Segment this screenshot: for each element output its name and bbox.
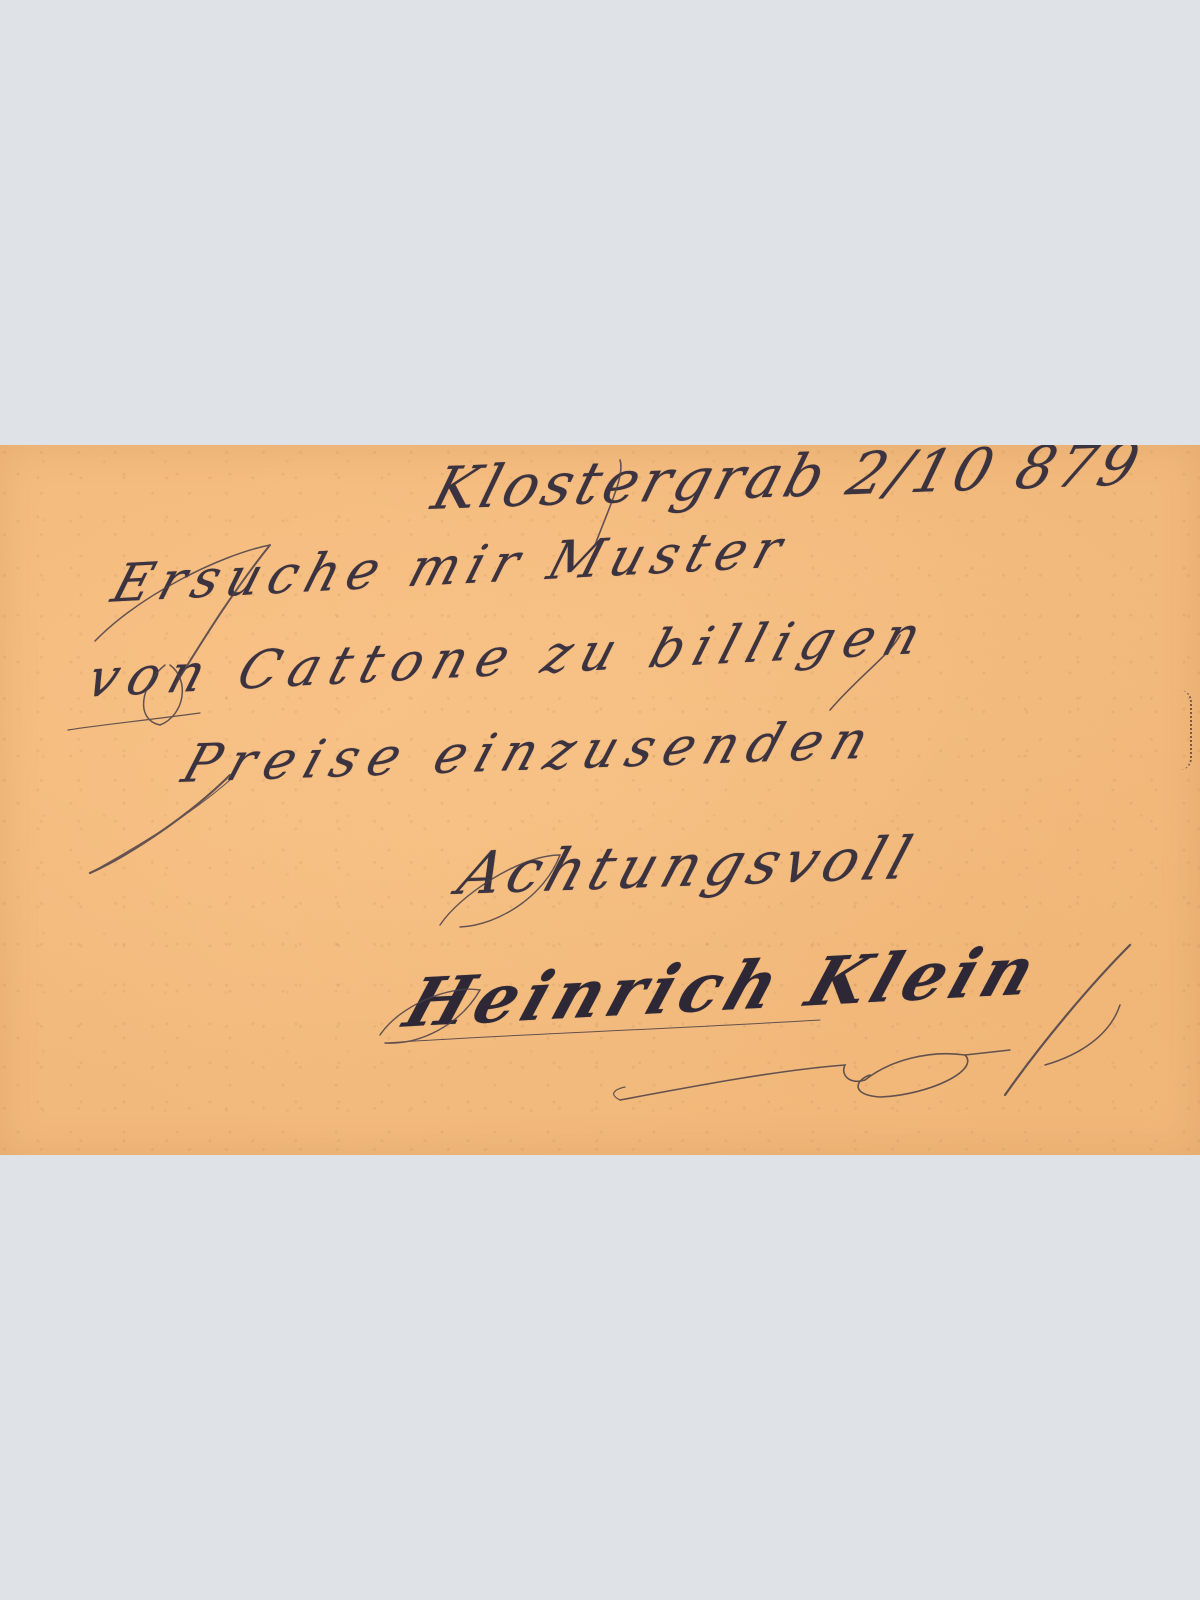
body-line-1: Ersuche mir Muster	[105, 519, 797, 615]
dateline: Klostergrab 2/10 879	[425, 445, 1151, 523]
postmark-fragment	[1180, 690, 1192, 770]
postcard: Klostergrab 2/10 879 Ersuche mir Muster …	[0, 445, 1200, 1155]
body-line-3: Preise einzusenden	[175, 710, 886, 795]
closing: Achtungsvoll	[450, 823, 926, 908]
signature: Heinrich Klein	[395, 930, 1051, 1043]
handwriting: Klostergrab 2/10 879 Ersuche mir Muster …	[0, 445, 1200, 1155]
body-line-2: von Cattone zu billigen	[80, 605, 938, 710]
